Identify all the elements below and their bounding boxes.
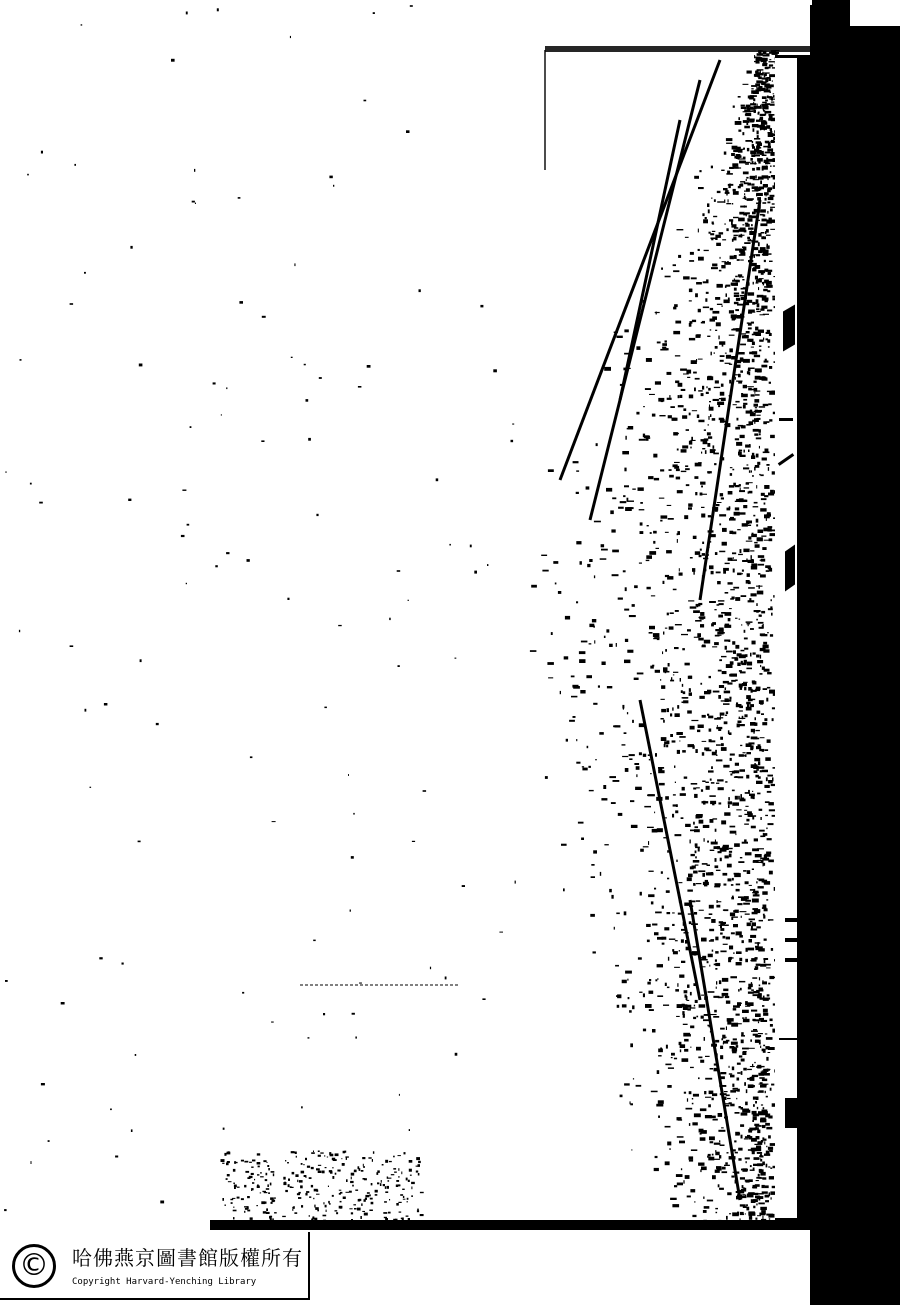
copyright-stamp: © 哈佛燕京圖書館版權所有 Copyright Harvard-Yenching… xyxy=(0,1232,310,1300)
cover-frame-bottom xyxy=(210,1220,820,1230)
copyright-english-text: Copyright Harvard-Yenching Library xyxy=(72,1277,256,1287)
cover-frame-left xyxy=(544,50,546,170)
smudge-texture xyxy=(0,0,900,1305)
scanned-page: © 哈佛燕京圖書館版權所有 Copyright Harvard-Yenching… xyxy=(0,0,900,1305)
copyright-chinese-text: 哈佛燕京圖書館版權所有 xyxy=(72,1242,303,1271)
cover-frame-top xyxy=(545,46,810,52)
copyright-icon: © xyxy=(12,1244,56,1288)
book-spine-edge xyxy=(810,0,900,1305)
title-slip-label xyxy=(775,58,797,1218)
